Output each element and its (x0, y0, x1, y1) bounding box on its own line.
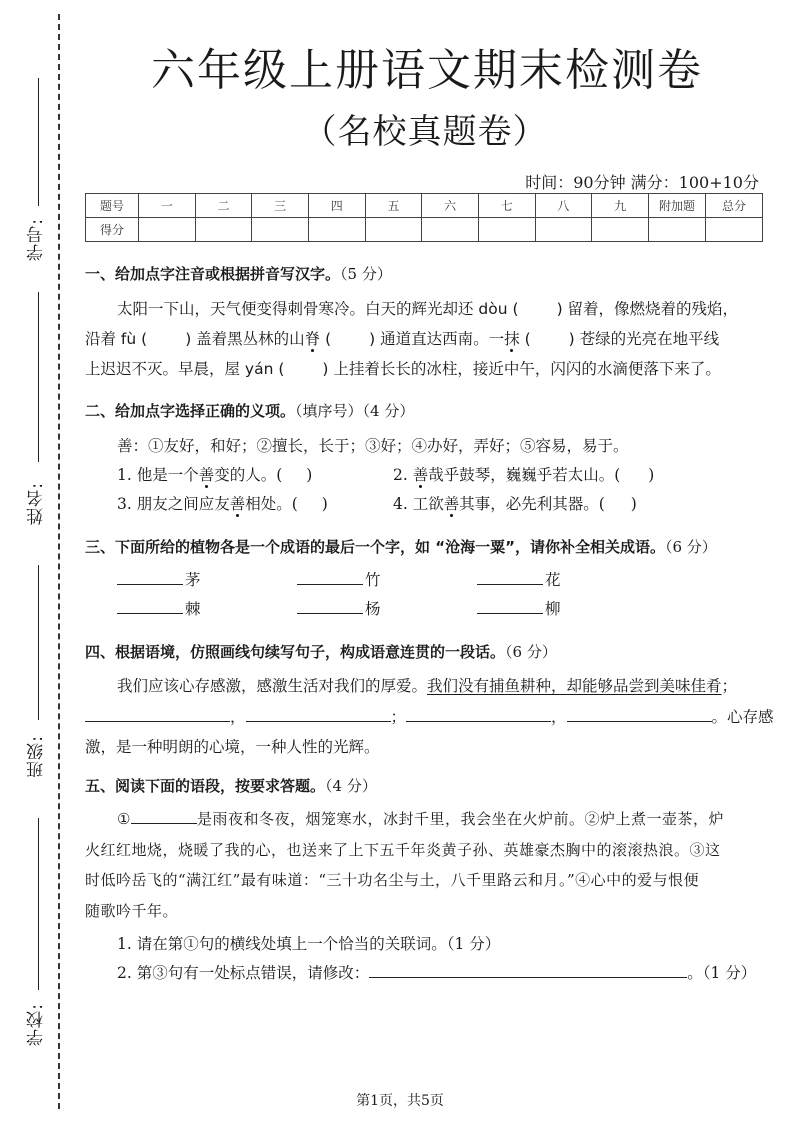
class-field[interactable]: 班级: (18, 565, 48, 785)
section-5-heading: 五、阅读下面的语段，按要求答题。（4 分） (85, 775, 377, 796)
school-field[interactable]: 学校: (18, 818, 48, 1048)
page-title: 六年级上册语文期末检测卷 (117, 34, 737, 98)
section-3-title: 三、下面所给的植物各是一个成语的最后一个字，如 “沧海一粟”，请你补全相关成语。 (85, 538, 665, 556)
score-cell[interactable] (535, 218, 592, 242)
score-header-cell: 七 (478, 194, 535, 218)
idiom-item: 竹 (297, 568, 381, 590)
score-cell[interactable] (706, 218, 763, 242)
idiom-blank[interactable] (297, 599, 363, 614)
idiom-blank[interactable] (117, 570, 183, 585)
score-cell[interactable] (478, 218, 535, 242)
section-1-title: 一、给加点字注音或根据拼音写汉字。 (85, 265, 340, 283)
school-line[interactable] (38, 818, 39, 990)
section-5-question-2: 2. 第③句有一处标点错误，请修改：。（1 分） (117, 961, 756, 983)
score-cell[interactable] (592, 218, 649, 242)
section-5-question-1: 1. 请在第①句的横线处填上一个恰当的关联词。（1 分） (117, 932, 500, 954)
name-field[interactable]: 姓名: (18, 292, 48, 532)
score-header-cell: 五 (365, 194, 422, 218)
idiom-blank[interactable] (477, 570, 543, 585)
correction-blank[interactable] (369, 963, 687, 978)
section-5-passage: ①是雨夜和冬夜，烟笼寒水，冰封千里，我会坐在火炉前。②炉上煮一壶茶，炉 火红红地… (85, 804, 763, 926)
student-id-label: 学号: (24, 218, 48, 261)
section-1-heading: 一、给加点字注音或根据拼音写汉字。（5 分） (85, 263, 392, 284)
section-4-title: 四、根据语境，仿照画线句续写句子，构成语意连贯的一段话。 (85, 643, 505, 661)
score-header-cell: 八 (535, 194, 592, 218)
score-cell[interactable] (139, 218, 196, 242)
section-3-heading: 三、下面所给的植物各是一个成语的最后一个字，如 “沧海一粟”，请你补全相关成语。… (85, 536, 717, 557)
idiom-item: 茅 (117, 568, 201, 590)
score-cell[interactable] (252, 218, 309, 242)
score-header-cell: 总分 (706, 194, 763, 218)
idiom-blank[interactable] (297, 570, 363, 585)
continuation-blank[interactable] (406, 707, 551, 722)
page-number: 第1页，共5页 (300, 1090, 500, 1110)
conjunction-blank[interactable] (131, 809, 197, 824)
section-1-points: （5 分） (340, 265, 392, 283)
class-line[interactable] (38, 565, 39, 720)
section-5-title: 五、阅读下面的语段，按要求答题。 (85, 777, 325, 795)
section-2-item-4: 4. 工欲善其事，必先利其器。() (393, 492, 637, 514)
section-3-points: （6 分） (665, 538, 717, 556)
score-cell[interactable] (649, 218, 706, 242)
score-table-score-row: 得分 (86, 218, 763, 242)
score-header-cell: 二 (195, 194, 252, 218)
idiom-item: 棘 (117, 597, 201, 619)
binding-margin: 学号: 姓名: 班级: 学校: (0, 0, 80, 1122)
class-label: 班级: (24, 735, 48, 778)
score-header-cell: 附加题 (649, 194, 706, 218)
school-label: 学校: (24, 1003, 48, 1046)
score-cell[interactable] (195, 218, 252, 242)
score-header-cell: 三 (252, 194, 309, 218)
score-cell[interactable] (308, 218, 365, 242)
idiom-item: 花 (477, 568, 561, 590)
underlined-sentence: 我们没有捕鱼耕种，却能够品尝到美味佳肴 (427, 677, 722, 695)
emphasis-char: 抹 (504, 330, 520, 348)
section-4-conclusion: 激，是一种明朗的心境，一种人性的光辉。 (85, 735, 380, 757)
page-subtitle: （名校真题卷） (285, 104, 565, 153)
section-2-title: 二、给加点字选择正确的义项。 (85, 402, 295, 420)
score-table-header-row: 题号 一 二 三 四 五 六 七 八 九 附加题 总分 (86, 194, 763, 218)
score-header-cell: 六 (422, 194, 479, 218)
section-4-blanks: ，；，。心存感 (85, 705, 774, 727)
section-2-item-2: 2. 善哉乎鼓琴，巍巍乎若太山。() (393, 463, 654, 485)
section-5-points: （4 分） (325, 777, 377, 795)
score-table: 题号 一 二 三 四 五 六 七 八 九 附加题 总分 得分 (85, 193, 763, 242)
idiom-item: 柳 (477, 597, 561, 619)
section-4-points: （6 分） (505, 643, 557, 661)
score-cell[interactable] (365, 218, 422, 242)
score-row-label: 得分 (86, 218, 139, 242)
cut-line (58, 14, 60, 1109)
section-4-heading: 四、根据语境，仿照画线句续写句子，构成语意连贯的一段话。（6 分） (85, 641, 557, 662)
section-1-passage: 太阳一下山，天气便变得刺骨寒冷。白天的辉光却还 dòu () 留着，像燃烧着的残… (85, 294, 763, 384)
continuation-blank[interactable] (85, 707, 230, 722)
emphasis-char: 脊 (305, 330, 321, 348)
exam-meta: 时间：90分钟 满分：100+10分 (525, 170, 759, 193)
score-header-cell: 题号 (86, 194, 139, 218)
name-line[interactable] (38, 292, 39, 462)
score-cell[interactable] (422, 218, 479, 242)
continuation-blank[interactable] (567, 707, 712, 722)
student-id-field[interactable]: 学号: (18, 78, 48, 278)
section-2-definitions: 善：①友好，和好；②擅长，长于；③好；④办好，弄好；⑤容易，易于。 (117, 434, 629, 456)
score-header-cell: 一 (139, 194, 196, 218)
idiom-blank[interactable] (117, 599, 183, 614)
idiom-blank[interactable] (477, 599, 543, 614)
score-header-cell: 九 (592, 194, 649, 218)
student-id-line[interactable] (38, 78, 39, 206)
section-2-heading: 二、给加点字选择正确的义项。（填序号）（4 分） (85, 400, 414, 421)
name-label: 姓名: (24, 482, 48, 525)
section-4-prompt: 我们应该心存感激，感激生活对我们的厚爱。我们没有捕鱼耕种，却能够品尝到美味佳肴； (117, 674, 737, 696)
section-2-item-3: 3. 朋友之间应友善相处。() (117, 492, 328, 514)
score-header-cell: 四 (308, 194, 365, 218)
idiom-item: 杨 (297, 597, 381, 619)
continuation-blank[interactable] (246, 707, 391, 722)
section-2-item-1: 1. 他是一个善变的人。() (117, 463, 312, 485)
section-2-points: （填序号）（4 分） (295, 402, 414, 420)
